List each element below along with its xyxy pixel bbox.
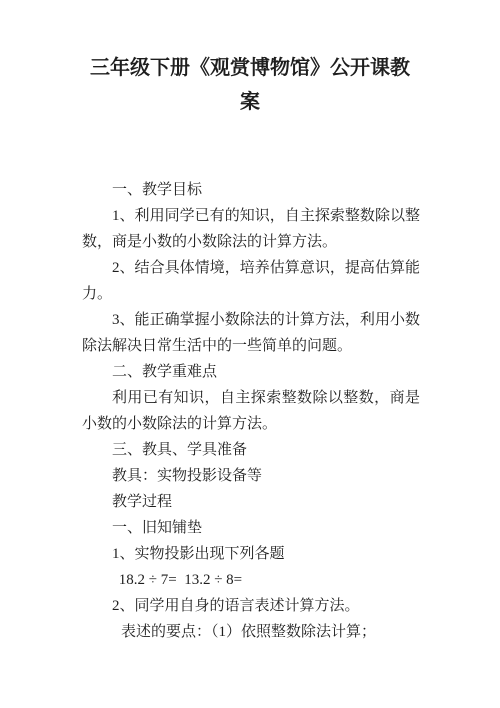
paragraph: 三、教具、学具准备 xyxy=(82,437,420,463)
document-title: 三年级下册《观赏博物馆》公开课教案 xyxy=(82,51,418,119)
paragraph: 教具：实物投影设备等 xyxy=(82,463,420,489)
paragraph: 二、教学重难点 xyxy=(82,359,420,385)
paragraph: 1、利用同学已有的知识，自主探索整数除以整数，商是小数的小数除法的计算方法。 xyxy=(82,203,420,255)
paragraph: 3、能正确掌握小数除法的计算方法，利用小数除法解决日常生活中的一些简单的问题。 xyxy=(82,307,420,359)
paragraph: 利用已有知识，自主探索整数除以整数，商是小数的小数除法的计算方法。 xyxy=(82,385,420,437)
paragraph: 2、结合具体情境，培养估算意识，提高估算能力。 xyxy=(82,255,420,307)
paragraph: 2、同学用自身的语言表述计算方法。 xyxy=(82,593,420,619)
paragraph: 1、实物投影出现下列各题 xyxy=(82,541,420,567)
document-page: 三年级下册《观赏博物馆》公开课教案 一、教学目标1、利用同学已有的知识，自主探索… xyxy=(0,0,500,708)
document-body: 一、教学目标1、利用同学已有的知识，自主探索整数除以整数，商是小数的小数除法的计… xyxy=(82,177,420,645)
paragraph: 一、教学目标 xyxy=(82,177,420,203)
paragraph: 表述的要点：（1）依照整数除法计算； xyxy=(82,619,420,645)
paragraph: 18.2 ÷ 7= 13.2 ÷ 8= xyxy=(82,567,420,593)
paragraph: 教学过程 xyxy=(82,489,420,515)
paragraph: 一、旧知铺垫 xyxy=(82,515,420,541)
